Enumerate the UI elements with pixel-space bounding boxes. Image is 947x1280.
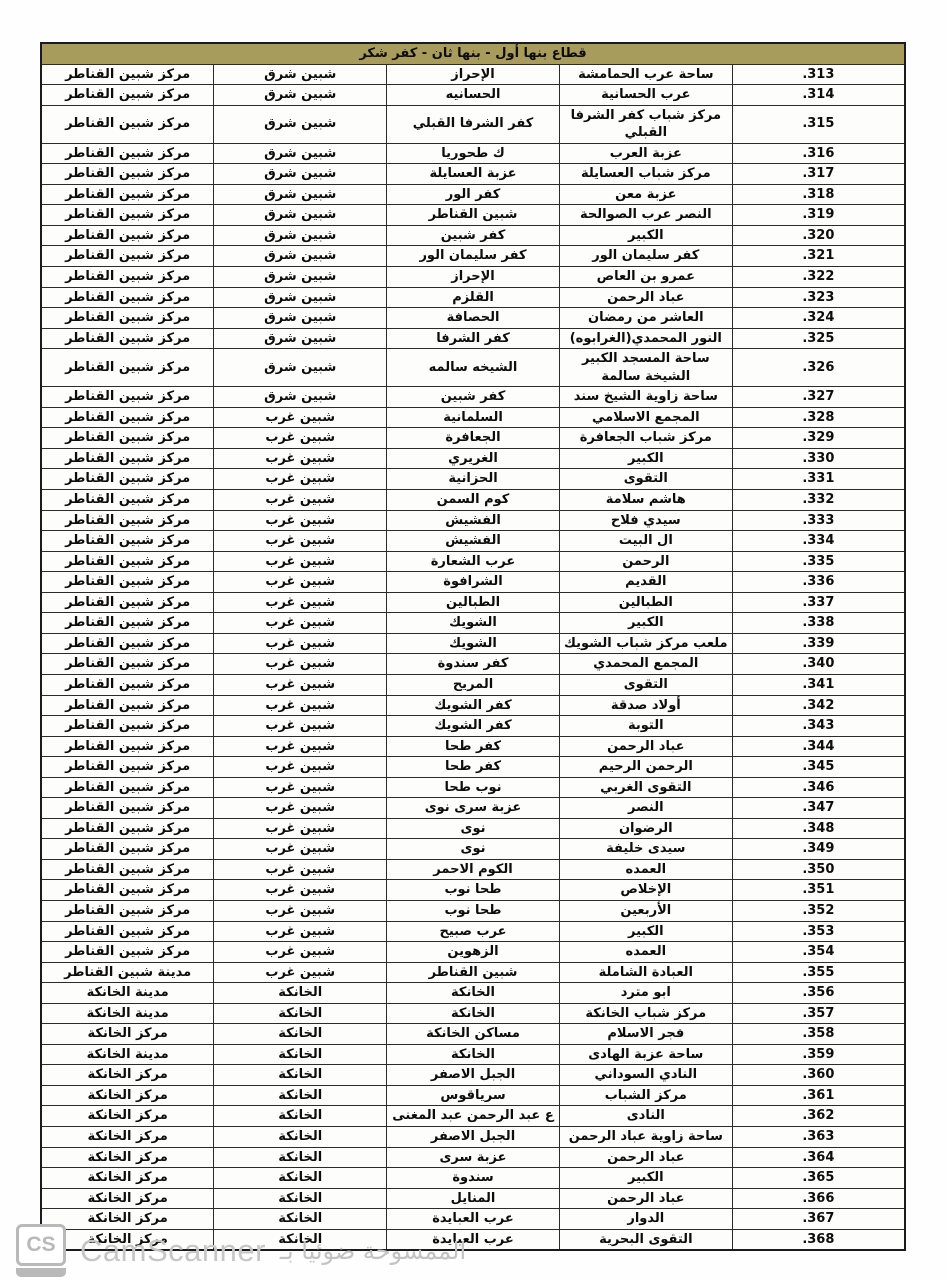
serial-cell: .350 [732,859,905,880]
center-cell: مركز شبين القناطر [41,757,214,778]
serial-cell: .356 [732,983,905,1004]
saha-name-cell: عمرو بن العاص [559,267,732,288]
village-cell: الجبل الاصفر [387,1065,560,1086]
serial-cell: .327 [732,387,905,408]
table-row: .340المجمع المحمديكفر سندوةشبين غربمركز … [41,654,905,675]
center-cell: مركز شبين القناطر [41,164,214,185]
district-cell: شبين غرب [214,428,387,449]
village-cell: الحصافة [387,308,560,329]
district-cell: شبين غرب [214,757,387,778]
village-cell: الخانكة [387,983,560,1004]
center-cell: مركز شبين القناطر [41,143,214,164]
serial-cell: .324 [732,308,905,329]
center-cell: مركز شبين القناطر [41,64,214,85]
serial-cell: .341 [732,674,905,695]
serial-cell: .338 [732,613,905,634]
center-cell: مدينة الخانكة [41,1044,214,1065]
district-cell: شبين غرب [214,736,387,757]
district-cell: الخانكة [214,1188,387,1209]
saha-name-cell: النصر [559,798,732,819]
village-cell: كفر الشرفا القبلي [387,105,560,143]
table-row: .366عباد الرحمنالمنايلالخانكةمركز الخانك… [41,1188,905,1209]
serial-cell: .352 [732,900,905,921]
center-cell: مركز شبين القناطر [41,818,214,839]
village-cell: الحسانيه [387,85,560,106]
table-row: .327ساحة زاوية الشيخ سندكفر شبينشبين شرق… [41,387,905,408]
village-cell: سرياقوس [387,1085,560,1106]
village-cell: كفر الور [387,184,560,205]
village-cell: كفر شبين [387,387,560,408]
village-cell: الإحراز [387,267,560,288]
serial-cell: .365 [732,1168,905,1189]
table-row: .344عباد الرحمنكفر طحاشبين غربمركز شبين … [41,736,905,757]
district-cell: الخانكة [214,1024,387,1045]
serial-cell: .328 [732,407,905,428]
village-cell: الزهوين [387,942,560,963]
saha-name-cell: عباد الرحمن [559,1147,732,1168]
district-cell: شبين غرب [214,592,387,613]
serial-cell: .355 [732,962,905,983]
saha-name-cell: عباد الرحمن [559,736,732,757]
table-row: .350العمدهالكوم الاحمرشبين غربمركز شبين … [41,859,905,880]
district-cell: شبين شرق [214,267,387,288]
serial-cell: .315 [732,105,905,143]
table-row: .355العبادة الشاملةشبين القناطرشبين غربم… [41,962,905,983]
table-row: .357مركز شباب الخانكةالخانكةالخانكةمدينة… [41,1003,905,1024]
serial-cell: .339 [732,633,905,654]
serial-cell: .346 [732,777,905,798]
village-cell: ك طحوريا [387,143,560,164]
serial-cell: .354 [732,942,905,963]
serial-cell: .330 [732,448,905,469]
village-cell: كفر الشرفا [387,328,560,349]
center-cell: مدينة شبين القناطر [41,962,214,983]
saha-name-cell: عزبة معن [559,184,732,205]
center-cell: مركز شبين القناطر [41,777,214,798]
center-cell: مركز شبين القناطر [41,736,214,757]
table-row: .346التقوى الغربينوب طحاشبين غربمركز شبي… [41,777,905,798]
camscanner-logo-letters: CS [16,1224,66,1266]
village-cell: المنايل [387,1188,560,1209]
saha-name-cell: الكبير [559,613,732,634]
table-row: .320الكبيركفر شبينشبين شرقمركز شبين القن… [41,225,905,246]
district-cell: شبين غرب [214,674,387,695]
district-cell: شبين غرب [214,942,387,963]
serial-cell: .357 [732,1003,905,1024]
district-cell: الخانكة [214,1168,387,1189]
saha-name-cell: النور المحمدي(الغرابوه) [559,328,732,349]
district-cell: شبين غرب [214,448,387,469]
district-cell: شبين شرق [214,85,387,106]
serial-cell: .351 [732,880,905,901]
district-cell: الخانكة [214,983,387,1004]
saha-name-cell: كفر سليمان الور [559,246,732,267]
saha-name-cell: الكبير [559,921,732,942]
district-cell: الخانكة [214,1126,387,1147]
village-cell: المريح [387,674,560,695]
center-cell: مركز شبين القناطر [41,880,214,901]
serial-cell: .316 [732,143,905,164]
table-row: .336القديمالشرافوةشبين غربمركز شبين القن… [41,572,905,593]
district-cell: الخانكة [214,1106,387,1127]
saha-name-cell: المجمع المحمدي [559,654,732,675]
saha-name-cell: ساحة زاوية الشيخ سند [559,387,732,408]
center-cell: مركز شبين القناطر [41,246,214,267]
center-cell: مركز شبين القناطر [41,942,214,963]
areas-table: قطاع بنها أول - بنها ثان - كفر شكر .313س… [40,42,906,1251]
table-row: .363ساحة زاوية عباد الرحمنالجبل الاصفرال… [41,1126,905,1147]
serial-cell: .345 [732,757,905,778]
district-cell: شبين غرب [214,572,387,593]
district-cell: شبين شرق [214,225,387,246]
table-row: .332هاشم سلامةكوم السمنشبين غربمركز شبين… [41,490,905,511]
district-cell: الخانكة [214,1065,387,1086]
saha-name-cell: ملعب مركز شباب الشويك [559,633,732,654]
village-cell: عزبة سرى [387,1147,560,1168]
district-cell: شبين شرق [214,387,387,408]
serial-cell: .340 [732,654,905,675]
table-row: .325النور المحمدي(الغرابوه)كفر الشرفاشبي… [41,328,905,349]
center-cell: مركز شبين القناطر [41,839,214,860]
village-cell: نوب طحا [387,777,560,798]
table-row: .334ال البيتالفشيششبين غربمركز شبين القن… [41,531,905,552]
center-cell: مركز شبين القناطر [41,551,214,572]
saha-name-cell: مركز شباب الخانكة [559,1003,732,1024]
scanned-with-caption: الممسوحة ضوئيا بـ [280,1237,466,1265]
serial-cell: .367 [732,1209,905,1230]
center-cell: مركز شبين القناطر [41,184,214,205]
village-cell: كفر طحا [387,757,560,778]
center-cell: مركز شبين القناطر [41,695,214,716]
saha-name-cell: فجر الاسلام [559,1024,732,1045]
serial-cell: .347 [732,798,905,819]
center-cell: مركز شبين القناطر [41,531,214,552]
district-cell: شبين غرب [214,880,387,901]
center-cell: مدينة الخانكة [41,983,214,1004]
saha-name-cell: الكبير [559,448,732,469]
serial-cell: .358 [732,1024,905,1045]
center-cell: مركز شبين القناطر [41,287,214,308]
center-cell: مركز شبين القناطر [41,267,214,288]
saha-name-cell: الأربعين [559,900,732,921]
table-row: .352الأربعينطحا نوبشبين غربمركز شبين الق… [41,900,905,921]
table-row: .362النادىع عبد الرحمن عبد المغنىالخانكة… [41,1106,905,1127]
serial-cell: .362 [732,1106,905,1127]
village-cell: الإحراز [387,64,560,85]
center-cell: مركز شبين القناطر [41,490,214,511]
saha-name-cell: العمده [559,859,732,880]
table-row: .349سيدى خليفةنوىشبين غربمركز شبين القنا… [41,839,905,860]
district-cell: شبين شرق [214,205,387,226]
center-cell: مركز الخانكة [41,1126,214,1147]
district-cell: شبين غرب [214,859,387,880]
saha-name-cell: ساحة عزبة الهادى [559,1044,732,1065]
village-cell: الفشيش [387,531,560,552]
district-cell: شبين شرق [214,246,387,267]
serial-cell: .318 [732,184,905,205]
table-header-row: قطاع بنها أول - بنها ثان - كفر شكر [41,43,905,64]
table-row: .341التقوىالمريحشبين غربمركز شبين القناط… [41,674,905,695]
village-cell: الشويك [387,613,560,634]
saha-name-cell: العمده [559,942,732,963]
table-row: .345الرحمن الرحيمكفر طحاشبين غربمركز شبي… [41,757,905,778]
village-cell: الشرافوة [387,572,560,593]
sector-header-title: قطاع بنها أول - بنها ثان - كفر شكر [41,43,905,64]
serial-cell: .363 [732,1126,905,1147]
table-row: .322عمرو بن العاصالإحرازشبين شرقمركز شبي… [41,267,905,288]
district-cell: شبين غرب [214,818,387,839]
center-cell: مركز شبين القناطر [41,900,214,921]
district-cell: شبين شرق [214,64,387,85]
center-cell: مركز الخانكة [41,1065,214,1086]
saha-name-cell: التوبة [559,716,732,737]
village-cell: سندوة [387,1168,560,1189]
district-cell: شبين شرق [214,105,387,143]
district-cell: شبين غرب [214,510,387,531]
table-row: .364عباد الرحمنعزبة سرىالخانكةمركز الخان… [41,1147,905,1168]
serial-cell: .319 [732,205,905,226]
table-row: .323عباد الرحمنالقلزمشبين شرقمركز شبين ا… [41,287,905,308]
district-cell: شبين غرب [214,962,387,983]
saha-name-cell: عرب الحسانية [559,85,732,106]
village-cell: الخانكة [387,1044,560,1065]
serial-cell: .322 [732,267,905,288]
serial-cell: .334 [732,531,905,552]
table-row: .335الرحمنعرب الشعارةشبين غربمركز شبين ا… [41,551,905,572]
village-cell: طحا نوب [387,900,560,921]
village-cell: القلزم [387,287,560,308]
saha-name-cell: الرحمن الرحيم [559,757,732,778]
center-cell: مركز شبين القناطر [41,448,214,469]
center-cell: مركز الخانكة [41,1147,214,1168]
village-cell: عزبة العسايلة [387,164,560,185]
district-cell: الخانكة [214,1003,387,1024]
serial-cell: .326 [732,349,905,387]
village-cell: كفر شبين [387,225,560,246]
district-cell: شبين غرب [214,469,387,490]
serial-cell: .359 [732,1044,905,1065]
district-cell: شبين شرق [214,328,387,349]
serial-cell: .348 [732,818,905,839]
table-row: .354العمدهالزهوينشبين غربمركز شبين القنا… [41,942,905,963]
serial-cell: .314 [732,85,905,106]
serial-cell: .313 [732,64,905,85]
district-cell: شبين غرب [214,531,387,552]
village-cell: ع عبد الرحمن عبد المغنى [387,1106,560,1127]
village-cell: عزبة سرى نوى [387,798,560,819]
table-row: .329مركز شباب الجعافرةالجعافرةشبين غربمر… [41,428,905,449]
saha-name-cell: عزبة العرب [559,143,732,164]
saha-name-cell: النادى [559,1106,732,1127]
serial-cell: .344 [732,736,905,757]
saha-name-cell: ساحة عرب الحمامشة [559,64,732,85]
table-row: .361مركز الشبابسرياقوسالخانكةمركز الخانك… [41,1085,905,1106]
table-row: .339ملعب مركز شباب الشويكالشويكشبين غربم… [41,633,905,654]
table-row: .337الطبالينالطبالينشبين غربمركز شبين ال… [41,592,905,613]
center-cell: مركز شبين القناطر [41,859,214,880]
table-row: .359ساحة عزبة الهادىالخانكةالخانكةمدينة … [41,1044,905,1065]
village-cell: الشيخه سالمه [387,349,560,387]
village-cell: كفر طحا [387,736,560,757]
district-cell: شبين غرب [214,654,387,675]
district-cell: شبين شرق [214,287,387,308]
serial-cell: .361 [732,1085,905,1106]
table-row: .356ابو متردالخانكةالخانكةمدينة الخانكة [41,983,905,1004]
center-cell: مركز شبين القناطر [41,387,214,408]
saha-name-cell: النصر عرب الصوالحة [559,205,732,226]
center-cell: مركز شبين القناطر [41,921,214,942]
village-cell: الجبل الاصفر [387,1126,560,1147]
table-row: .331التقوىالحزانيةشبين غربمركز شبين القن… [41,469,905,490]
center-cell: مركز شبين القناطر [41,510,214,531]
center-cell: مركز الخانكة [41,1106,214,1127]
district-cell: شبين شرق [214,184,387,205]
camscanner-brand-text: CamScanner [80,1233,266,1269]
serial-cell: .321 [732,246,905,267]
saha-name-cell: ابو مترد [559,983,732,1004]
district-cell: شبين غرب [214,921,387,942]
serial-cell: .317 [732,164,905,185]
village-cell: طحا نوب [387,880,560,901]
table-row: .353الكبيرعرب صبيحشبين غربمركز شبين القن… [41,921,905,942]
saha-name-cell: مركز شباب العسايلة [559,164,732,185]
saha-name-cell: الطبالين [559,592,732,613]
center-cell: مركز شبين القناطر [41,428,214,449]
village-cell: الطبالين [387,592,560,613]
district-cell: شبين غرب [214,613,387,634]
district-cell: شبين غرب [214,716,387,737]
village-cell: شبين القناطر [387,962,560,983]
district-cell: شبين غرب [214,407,387,428]
table-row: .317مركز شباب العسايلةعزبة العسايلةشبين … [41,164,905,185]
saha-name-cell: الرحمن [559,551,732,572]
center-cell: مركز شبين القناطر [41,205,214,226]
village-cell: الحزانية [387,469,560,490]
center-cell: مركز شبين القناطر [41,225,214,246]
district-cell: الخانكة [214,1085,387,1106]
table-row: .321كفر سليمان الوركفر سليمان الورشبين ش… [41,246,905,267]
center-cell: مركز شبين القناطر [41,654,214,675]
table-row: .324العاشر من رمضانالحصافةشبين شرقمركز ش… [41,308,905,329]
camscanner-watermark: CS CamScanner الممسوحة ضوئيا بـ [16,1224,466,1277]
saha-name-cell: النادي السوداني [559,1065,732,1086]
saha-name-cell: عباد الرحمن [559,1188,732,1209]
table-row: .314عرب الحسانيةالحسانيهشبين شرقمركز شبي… [41,85,905,106]
saha-name-cell: التقوى [559,674,732,695]
areas-table-body: .313ساحة عرب الحمامشةالإحرازشبين شرقمركز… [41,64,905,1250]
center-cell: مركز الخانكة [41,1168,214,1189]
saha-name-cell: الكبير [559,1168,732,1189]
district-cell: شبين غرب [214,798,387,819]
table-row: .333سيدي فلاحالفشيششبين غربمركز شبين الق… [41,510,905,531]
saha-name-cell: التقوى [559,469,732,490]
district-cell: شبين شرق [214,308,387,329]
saha-name-cell: العاشر من رمضان [559,308,732,329]
table-row: .351الإخلاصطحا نوبشبين غربمركز شبين القن… [41,880,905,901]
serial-cell: .323 [732,287,905,308]
table-row: .330الكبيرالغريريشبين غربمركز شبين القنا… [41,448,905,469]
district-cell: الخانكة [214,1044,387,1065]
center-cell: مركز شبين القناطر [41,592,214,613]
district-cell: شبين غرب [214,900,387,921]
serial-cell: .368 [732,1229,905,1250]
village-cell: مساكن الخانكة [387,1024,560,1045]
serial-cell: .335 [732,551,905,572]
village-cell: الشويك [387,633,560,654]
village-cell: السلمانية [387,407,560,428]
saha-name-cell: الكبير [559,225,732,246]
center-cell: مركز شبين القناطر [41,328,214,349]
serial-cell: .336 [732,572,905,593]
center-cell: مركز شبين القناطر [41,716,214,737]
table-row: .358فجر الاسلاممساكن الخانكةالخانكةمركز … [41,1024,905,1045]
table-row: .343التوبةكفر الشويكشبين غربمركز شبين ال… [41,716,905,737]
table-row: .342أولاد صدقةكفر الشويكشبين غربمركز شبي… [41,695,905,716]
district-cell: شبين غرب [214,633,387,654]
village-cell: نوى [387,818,560,839]
saha-name-cell: ال البيت [559,531,732,552]
serial-cell: .329 [732,428,905,449]
center-cell: مركز شبين القناطر [41,308,214,329]
village-cell: كفر سليمان الور [387,246,560,267]
center-cell: مركز شبين القناطر [41,349,214,387]
saha-name-cell: المجمع الاسلامي [559,407,732,428]
village-cell: الفشيش [387,510,560,531]
district-cell: شبين غرب [214,490,387,511]
serial-cell: .343 [732,716,905,737]
serial-cell: .360 [732,1065,905,1086]
village-cell: عرب الشعارة [387,551,560,572]
table-row: .319النصر عرب الصوالحةشبين القناطرشبين ش… [41,205,905,226]
center-cell: مركز الخانكة [41,1085,214,1106]
saha-name-cell: سيدى خليفة [559,839,732,860]
center-cell: مركز شبين القناطر [41,407,214,428]
camscanner-logo-bar [16,1268,66,1277]
table-row: .326ساحة المسجد الكبير الشيخة سالمةالشيخ… [41,349,905,387]
center-cell: مركز شبين القناطر [41,613,214,634]
saha-name-cell: القديم [559,572,732,593]
village-cell: الجعافرة [387,428,560,449]
center-cell: مركز الخانكة [41,1188,214,1209]
saha-name-cell: الرضوان [559,818,732,839]
serial-cell: .332 [732,490,905,511]
village-cell: كفر سندوة [387,654,560,675]
serial-cell: .333 [732,510,905,531]
district-cell: شبين غرب [214,839,387,860]
center-cell: مركز شبين القناطر [41,572,214,593]
district-cell: شبين شرق [214,164,387,185]
table-row: .347النصرعزبة سرى نوىشبين غربمركز شبين ا… [41,798,905,819]
serial-cell: .353 [732,921,905,942]
saha-name-cell: مركز شباب كفر الشرفا القبلي [559,105,732,143]
saha-name-cell: ساحة زاوية عباد الرحمن [559,1126,732,1147]
table-row: .338الكبيرالشويكشبين غربمركز شبين القناط… [41,613,905,634]
table-row: .315مركز شباب كفر الشرفا القبليكفر الشرف… [41,105,905,143]
center-cell: مركز شبين القناطر [41,469,214,490]
center-cell: مركز شبين القناطر [41,633,214,654]
district-cell: شبين غرب [214,551,387,572]
table-row: .328المجمع الاسلاميالسلمانيةشبين غربمركز… [41,407,905,428]
saha-name-cell: أولاد صدقة [559,695,732,716]
saha-name-cell: مركز الشباب [559,1085,732,1106]
table-row: .365الكبيرسندوةالخانكةمركز الخانكة [41,1168,905,1189]
saha-name-cell: مركز شباب الجعافرة [559,428,732,449]
serial-cell: .320 [732,225,905,246]
village-cell: الخانكة [387,1003,560,1024]
serial-cell: .325 [732,328,905,349]
district-cell: الخانكة [214,1147,387,1168]
table-row: .313ساحة عرب الحمامشةالإحرازشبين شرقمركز… [41,64,905,85]
